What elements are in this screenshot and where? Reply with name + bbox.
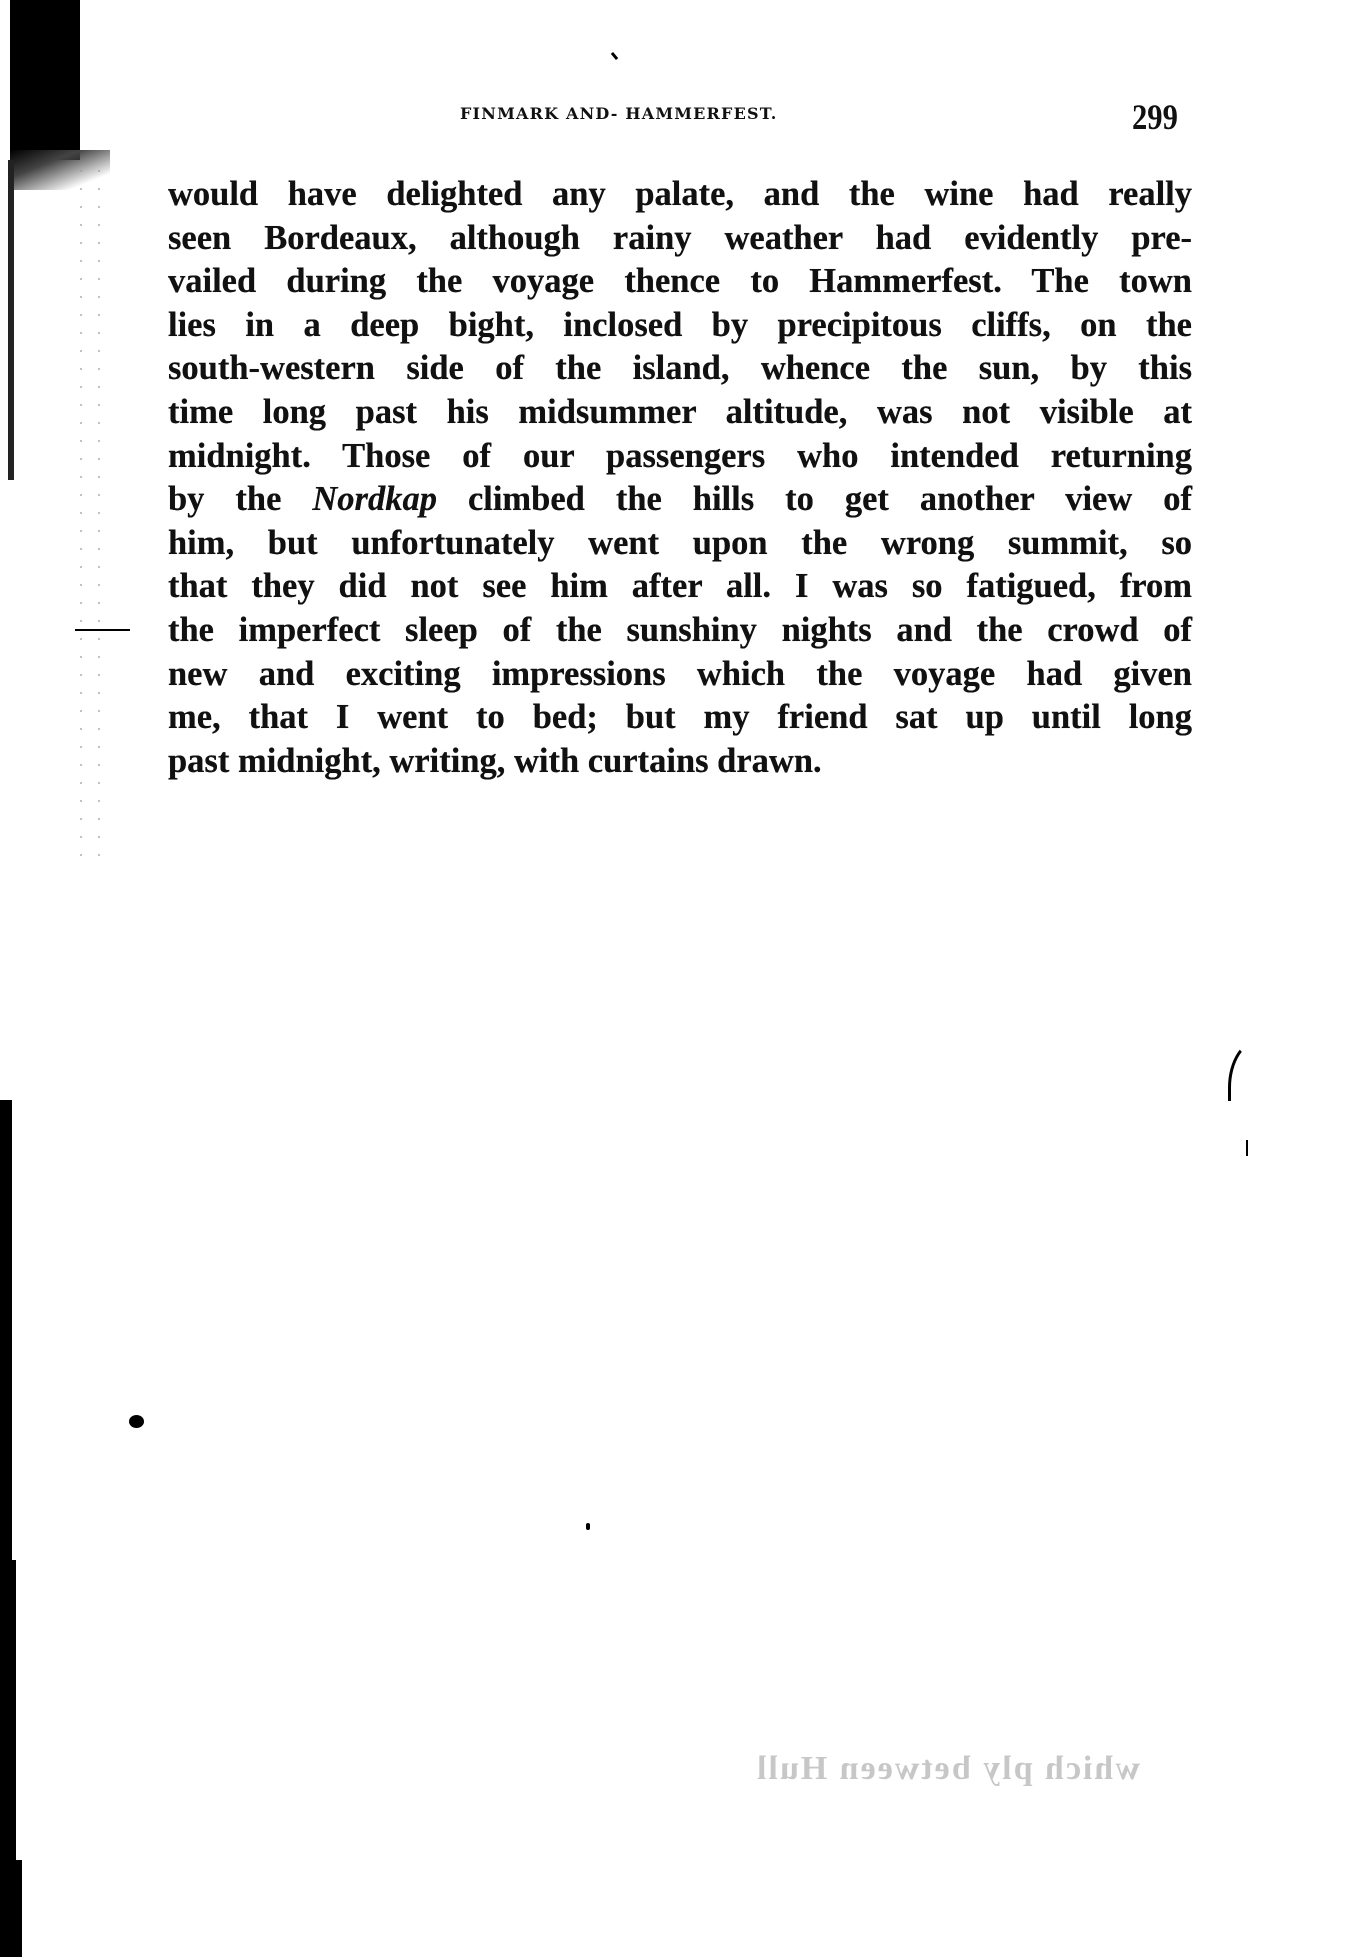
- show-through-text: which ply between Hull: [755, 1750, 1140, 1788]
- text-line: that they did not see him after all. I w…: [168, 565, 1192, 609]
- page-number: 299: [1132, 96, 1178, 138]
- binding-shadow-fade: [10, 150, 110, 190]
- text-line: south-western side of the island, whence…: [168, 347, 1192, 391]
- margin-bracket-mark: [1228, 1038, 1261, 1101]
- text-line: seen Bordeaux, although rainy weather ha…: [168, 217, 1192, 261]
- text-line: vailed during the voyage thence to Hamme…: [168, 260, 1192, 304]
- text-line: time long past his midsummer altitude, w…: [168, 391, 1192, 435]
- text-segment: by the: [168, 480, 312, 518]
- stray-mark: [1246, 1140, 1248, 1156]
- text-line: me, that I went to bed; but my friend sa…: [168, 696, 1192, 740]
- margin-speckle: [98, 170, 100, 870]
- ink-speck: [586, 1523, 590, 1530]
- text-line: midnight. Those of our passengers who in…: [168, 435, 1192, 479]
- text-line: him, but unfortunately went upon the wro…: [168, 522, 1192, 566]
- text-line: the imperfect sleep of the sunshiny nigh…: [168, 609, 1192, 653]
- stray-mark: [611, 52, 618, 60]
- text-line: by the Nordkap climbed the hills to get …: [168, 478, 1192, 522]
- text-segment: climbed the hills to get another view of: [437, 480, 1192, 518]
- ship-name-italic: Nordkap: [312, 480, 437, 518]
- text-line-last: past midnight, writing, with curtains dr…: [168, 740, 1192, 784]
- text-line: new and exciting impressions which the v…: [168, 653, 1192, 697]
- margin-speckle: [80, 170, 82, 870]
- binding-edge-line: [8, 160, 14, 480]
- scanned-book-page: FINMARK AND- HAMMERFEST. 299 would have …: [0, 0, 1354, 1957]
- margin-dash-mark: [75, 629, 130, 631]
- binding-edge-foot: [0, 1860, 22, 1957]
- text-line: would have delighted any palate, and the…: [168, 173, 1192, 217]
- binding-shadow: [10, 0, 80, 160]
- running-head: FINMARK AND- HAMMERFEST.: [460, 104, 778, 123]
- ink-dot: [129, 1415, 144, 1428]
- text-line: lies in a deep bight, inclosed by precip…: [168, 304, 1192, 348]
- body-paragraph: would have delighted any palate, and the…: [168, 173, 1192, 783]
